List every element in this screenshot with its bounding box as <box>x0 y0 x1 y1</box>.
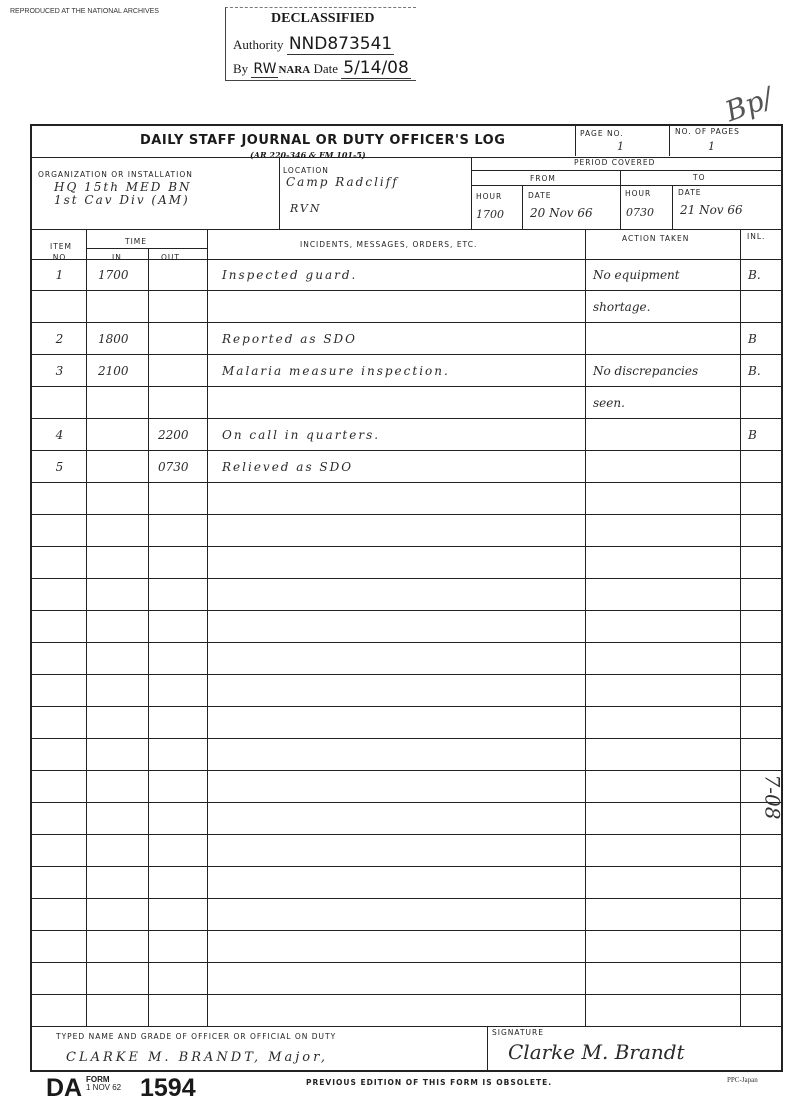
initials-cell <box>744 611 785 642</box>
time-header: TIME <box>125 237 147 246</box>
item-no-cell: 3 <box>32 355 87 386</box>
log-entries: 11700Inspected guard.No equipmentB.short… <box>32 259 781 1027</box>
stamp-title: DECLASSIFIED <box>271 11 374 27</box>
time-out-cell <box>152 707 213 738</box>
to-hour-value: 0730 <box>626 206 654 219</box>
to-date-label: DATE <box>678 188 702 197</box>
item-no-cell <box>32 771 87 802</box>
incident-cell: On call in quarters. <box>217 419 592 450</box>
action-cell <box>590 643 738 674</box>
incident-cell <box>217 835 592 866</box>
time-out-cell <box>152 643 213 674</box>
initials-cell <box>744 899 785 930</box>
table-row: seen. <box>32 387 781 419</box>
obsolete-note: PREVIOUS EDITION OF THIS FORM IS OBSOLET… <box>306 1078 552 1087</box>
incident-cell <box>217 579 592 610</box>
item-no-cell <box>32 739 87 770</box>
form-prefix: DA <box>46 1074 82 1103</box>
no-of-pages-value: 1 <box>708 140 715 153</box>
initials-cell <box>744 835 785 866</box>
location-label: LOCATION <box>283 166 329 175</box>
item-no-cell <box>32 931 87 962</box>
item-no-cell: 1 <box>32 259 87 290</box>
incident-cell <box>217 867 592 898</box>
action-cell <box>590 515 738 546</box>
action-cell <box>590 323 738 354</box>
to-label: TO <box>693 173 706 182</box>
incident-cell <box>217 963 592 994</box>
item-no-cell <box>32 835 87 866</box>
action-cell <box>590 963 738 994</box>
time-out-cell <box>152 675 213 706</box>
action-cell <box>590 451 738 482</box>
action-cell <box>590 707 738 738</box>
table-row <box>32 739 781 771</box>
incident-cell: Relieved as SDO <box>217 451 592 482</box>
incident-cell <box>217 931 592 962</box>
action-cell <box>590 771 738 802</box>
time-in-cell <box>90 899 156 930</box>
initials-cell <box>744 707 785 738</box>
time-in-cell <box>90 739 156 770</box>
period-covered-label: PERIOD COVERED <box>574 158 655 167</box>
action-cell <box>590 899 738 930</box>
table-row <box>32 835 781 867</box>
from-hour-label: HOUR <box>476 192 502 201</box>
time-out-cell <box>152 515 213 546</box>
declassified-stamp: DECLASSIFIED Authority NND873541 By RWNA… <box>225 7 416 81</box>
time-in-cell <box>90 419 156 450</box>
incident-cell <box>217 995 592 1026</box>
time-in-cell: 1800 <box>90 323 156 354</box>
initials-cell <box>744 643 785 674</box>
item-no-cell <box>32 483 87 514</box>
side-marking: 7-08 <box>761 775 785 820</box>
signature-label: SIGNATURE <box>492 1028 544 1037</box>
organization-label: ORGANIZATION OR INSTALLATION <box>38 170 193 179</box>
printer-note: PPC-Japan <box>727 1076 758 1084</box>
table-row <box>32 963 781 995</box>
initials-cell <box>744 867 785 898</box>
time-in-cell <box>90 579 156 610</box>
incident-cell <box>217 803 592 834</box>
incident-cell <box>217 387 592 418</box>
table-row <box>32 707 781 739</box>
time-out-cell <box>152 291 213 322</box>
time-out-cell <box>152 547 213 578</box>
time-in-cell <box>90 643 156 674</box>
item-no-cell <box>32 611 87 642</box>
incident-cell <box>217 739 592 770</box>
initials-cell <box>744 963 785 994</box>
item-no-cell: 4 <box>32 419 87 450</box>
item-no-cell <box>32 867 87 898</box>
item-no-cell <box>32 387 87 418</box>
incident-cell <box>217 675 592 706</box>
initials-cell <box>744 739 785 770</box>
item-no-cell <box>32 707 87 738</box>
initials-cell: B <box>744 323 785 354</box>
time-in-cell <box>90 291 156 322</box>
action-cell <box>590 675 738 706</box>
by-value: RW <box>251 61 278 78</box>
time-in-cell: 1700 <box>90 259 156 290</box>
by-label: By <box>233 61 248 76</box>
organization-line-2: 1st Cav Div (AM) <box>54 193 190 207</box>
time-out-cell <box>152 835 213 866</box>
time-in-cell <box>90 451 156 482</box>
table-row: 50730Relieved as SDO <box>32 451 781 483</box>
time-in-cell <box>90 707 156 738</box>
incident-cell <box>217 483 592 514</box>
time-out-cell <box>152 739 213 770</box>
incident-cell: Malaria measure inspection. <box>217 355 592 386</box>
initials-cell <box>744 995 785 1026</box>
initials-cell <box>744 387 785 418</box>
initials-cell <box>744 515 785 546</box>
form-title: DAILY STAFF JOURNAL OR DUTY OFFICER'S LO… <box>140 133 505 148</box>
time-out-cell <box>152 899 213 930</box>
incident-cell: Reported as SDO <box>217 323 592 354</box>
page-no-value: 1 <box>617 140 624 153</box>
time-out-cell <box>152 931 213 962</box>
action-cell <box>590 483 738 514</box>
incident-cell <box>217 291 592 322</box>
date-value: 5/14/08 <box>341 58 411 79</box>
time-in-cell <box>90 675 156 706</box>
authority-value: NND873541 <box>287 34 394 55</box>
initials-cell <box>744 931 785 962</box>
time-out-cell <box>152 771 213 802</box>
time-in-cell <box>90 611 156 642</box>
table-row <box>32 867 781 899</box>
table-row: 11700Inspected guard.No equipmentB. <box>32 259 781 291</box>
from-label: FROM <box>530 174 556 183</box>
time-out-cell: 0730 <box>152 451 213 482</box>
corner-initials: Bp/ <box>721 81 777 128</box>
action-cell: seen. <box>590 387 738 418</box>
action-cell <box>590 867 738 898</box>
action-cell <box>590 931 738 962</box>
time-in-cell <box>90 483 156 514</box>
time-out-cell <box>152 867 213 898</box>
item-no-cell <box>32 515 87 546</box>
stamp-by: By RWNARA Date 5/14/08 <box>233 58 411 78</box>
time-out-cell <box>152 323 213 354</box>
initials-cell <box>744 579 785 610</box>
location-line-1: Camp Radcliff <box>286 175 399 189</box>
item-no-cell <box>32 803 87 834</box>
to-date-value: 21 Nov 66 <box>680 203 743 217</box>
time-in-cell <box>90 867 156 898</box>
initials-cell <box>744 547 785 578</box>
nara-label: NARA <box>278 64 310 76</box>
officer-value: CLARKE M. BRANDT, Major, <box>66 1050 328 1065</box>
time-in-cell <box>90 835 156 866</box>
item-no-cell <box>32 579 87 610</box>
time-out-cell <box>152 995 213 1026</box>
page-no-label: PAGE NO. <box>580 129 624 138</box>
table-row <box>32 547 781 579</box>
time-in-cell <box>90 963 156 994</box>
table-row: 32100Malaria measure inspection.No discr… <box>32 355 781 387</box>
item-no-cell <box>32 291 87 322</box>
action-cell: No equipment <box>590 259 738 290</box>
action-cell <box>590 579 738 610</box>
table-row <box>32 483 781 515</box>
incident-cell <box>217 547 592 578</box>
action-cell: shortage. <box>590 291 738 322</box>
time-in-cell <box>90 387 156 418</box>
initials-cell: B. <box>744 259 785 290</box>
authority-label: Authority <box>233 37 284 52</box>
time-out-cell <box>152 355 213 386</box>
incident-cell <box>217 771 592 802</box>
time-out-cell <box>152 803 213 834</box>
incident-cell <box>217 515 592 546</box>
table-row <box>32 643 781 675</box>
incident-cell <box>217 707 592 738</box>
from-date-value: 20 Nov 66 <box>530 206 593 220</box>
table-row: shortage. <box>32 291 781 323</box>
form-subtitle: (AR 220-346 & FM 101-5) <box>250 150 366 160</box>
stamp-authority: Authority NND873541 <box>233 34 394 54</box>
table-row <box>32 771 781 803</box>
item-no-cell <box>32 547 87 578</box>
time-out-cell <box>152 483 213 514</box>
date-label: Date <box>313 61 338 76</box>
time-out-cell <box>152 259 213 290</box>
time-in-cell <box>90 547 156 578</box>
table-row <box>32 515 781 547</box>
table-row <box>32 611 781 643</box>
item-no-cell <box>32 995 87 1026</box>
table-row: 21800Reported as SDOB <box>32 323 781 355</box>
time-out-cell <box>152 611 213 642</box>
time-out-cell <box>152 387 213 418</box>
initials-cell: B <box>744 419 785 450</box>
table-row <box>32 995 781 1027</box>
time-out-cell <box>152 579 213 610</box>
initials-cell <box>744 483 785 514</box>
from-date-label: DATE <box>528 191 552 200</box>
no-of-pages-label: NO. OF PAGES <box>675 127 740 136</box>
table-row <box>32 899 781 931</box>
form-number: 1594 <box>140 1074 196 1103</box>
incident-cell: Inspected guard. <box>217 259 592 290</box>
item-no-cell: 2 <box>32 323 87 354</box>
action-cell <box>590 835 738 866</box>
to-hour-label: HOUR <box>625 189 651 198</box>
organization-line-1: HQ 15th MED BN <box>54 180 192 194</box>
table-row <box>32 931 781 963</box>
item-no-cell: 5 <box>32 451 87 482</box>
incidents-header: INCIDENTS, MESSAGES, ORDERS, ETC. <box>300 240 477 249</box>
item-no-cell <box>32 899 87 930</box>
action-cell <box>590 611 738 642</box>
table-row <box>32 803 781 835</box>
time-out-cell <box>152 963 213 994</box>
action-cell <box>590 995 738 1026</box>
incident-cell <box>217 643 592 674</box>
initials-cell <box>744 291 785 322</box>
item-no-cell <box>32 643 87 674</box>
table-row <box>32 579 781 611</box>
form-date: 1 NOV 62 <box>86 1084 121 1092</box>
action-cell <box>590 547 738 578</box>
from-hour-value: 1700 <box>476 208 504 221</box>
item-no-cell <box>32 963 87 994</box>
table-row <box>32 675 781 707</box>
inl-header: INL. <box>747 232 765 241</box>
item-no-cell <box>32 675 87 706</box>
incident-cell <box>217 899 592 930</box>
time-out-cell: 2200 <box>152 419 213 450</box>
time-in-cell <box>90 515 156 546</box>
action-cell <box>590 803 738 834</box>
time-in-cell <box>90 771 156 802</box>
officer-label: TYPED NAME AND GRADE OF OFFICER OR OFFIC… <box>56 1032 336 1041</box>
table-row: 42200On call in quarters.B <box>32 419 781 451</box>
archive-note: REPRODUCED AT THE NATIONAL ARCHIVES <box>10 8 159 15</box>
time-in-cell <box>90 931 156 962</box>
action-cell: No discrepancies <box>590 355 738 386</box>
initials-cell: B. <box>744 355 785 386</box>
action-cell <box>590 739 738 770</box>
time-in-cell: 2100 <box>90 355 156 386</box>
initials-cell <box>744 675 785 706</box>
location-line-2: RVN <box>290 202 321 215</box>
action-header: ACTION TAKEN <box>622 234 689 243</box>
signature-value: Clarke M. Brandt <box>508 1040 685 1064</box>
time-in-cell <box>90 803 156 834</box>
action-cell <box>590 419 738 450</box>
time-in-cell <box>90 995 156 1026</box>
duty-log-form: DAILY STAFF JOURNAL OR DUTY OFFICER'S LO… <box>30 124 783 1072</box>
initials-cell <box>744 451 785 482</box>
form-word-date: FORM 1 NOV 62 <box>86 1076 121 1092</box>
incident-cell <box>217 611 592 642</box>
